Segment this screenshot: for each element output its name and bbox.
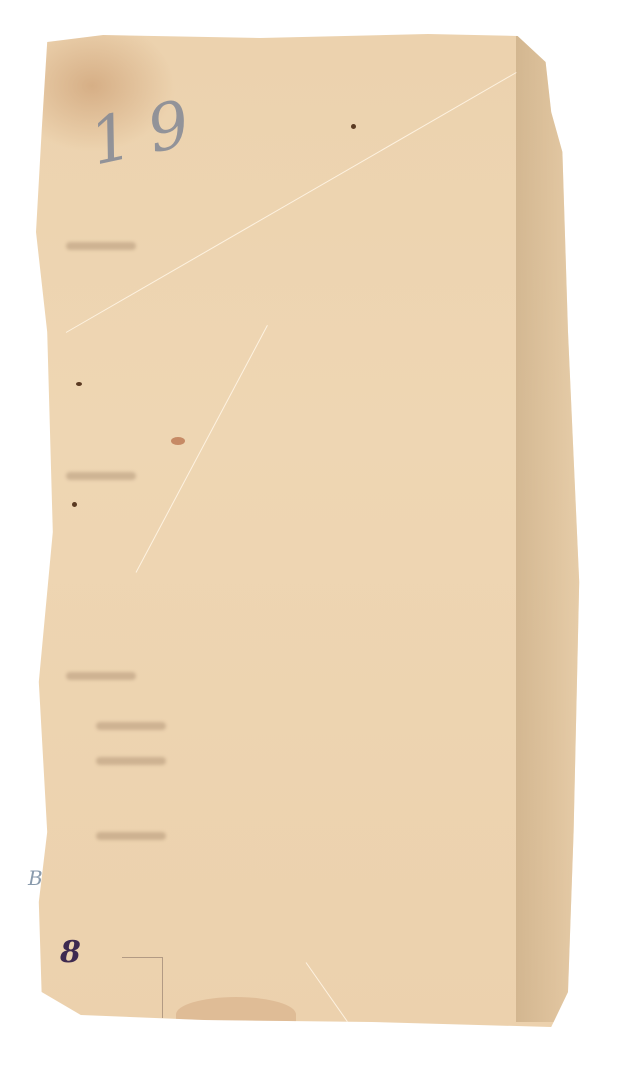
ink-spot xyxy=(76,382,82,386)
offset-ink-mark xyxy=(96,832,166,840)
offset-ink-mark xyxy=(96,722,166,730)
ink-spot xyxy=(351,124,356,129)
handwritten-number-bottom: 8 xyxy=(60,935,81,970)
offset-ink-mark xyxy=(66,672,136,680)
scanned-document: 19 B 8 xyxy=(0,0,629,1085)
ink-spot xyxy=(72,502,77,507)
offset-ink-mark xyxy=(66,242,136,250)
handwritten-mark-left: B xyxy=(28,866,43,890)
offset-ink-mark xyxy=(96,757,166,765)
water-stain-bottom xyxy=(176,997,296,1032)
crease-diagonal-lower xyxy=(136,325,268,573)
pencil-bracket-mark xyxy=(122,957,163,1018)
offset-ink-mark xyxy=(66,472,136,480)
rust-spot xyxy=(171,437,185,445)
crease-bottom-tear xyxy=(306,962,376,1061)
paper-sheet xyxy=(36,32,596,1032)
tape-strip-right xyxy=(516,32,591,1022)
